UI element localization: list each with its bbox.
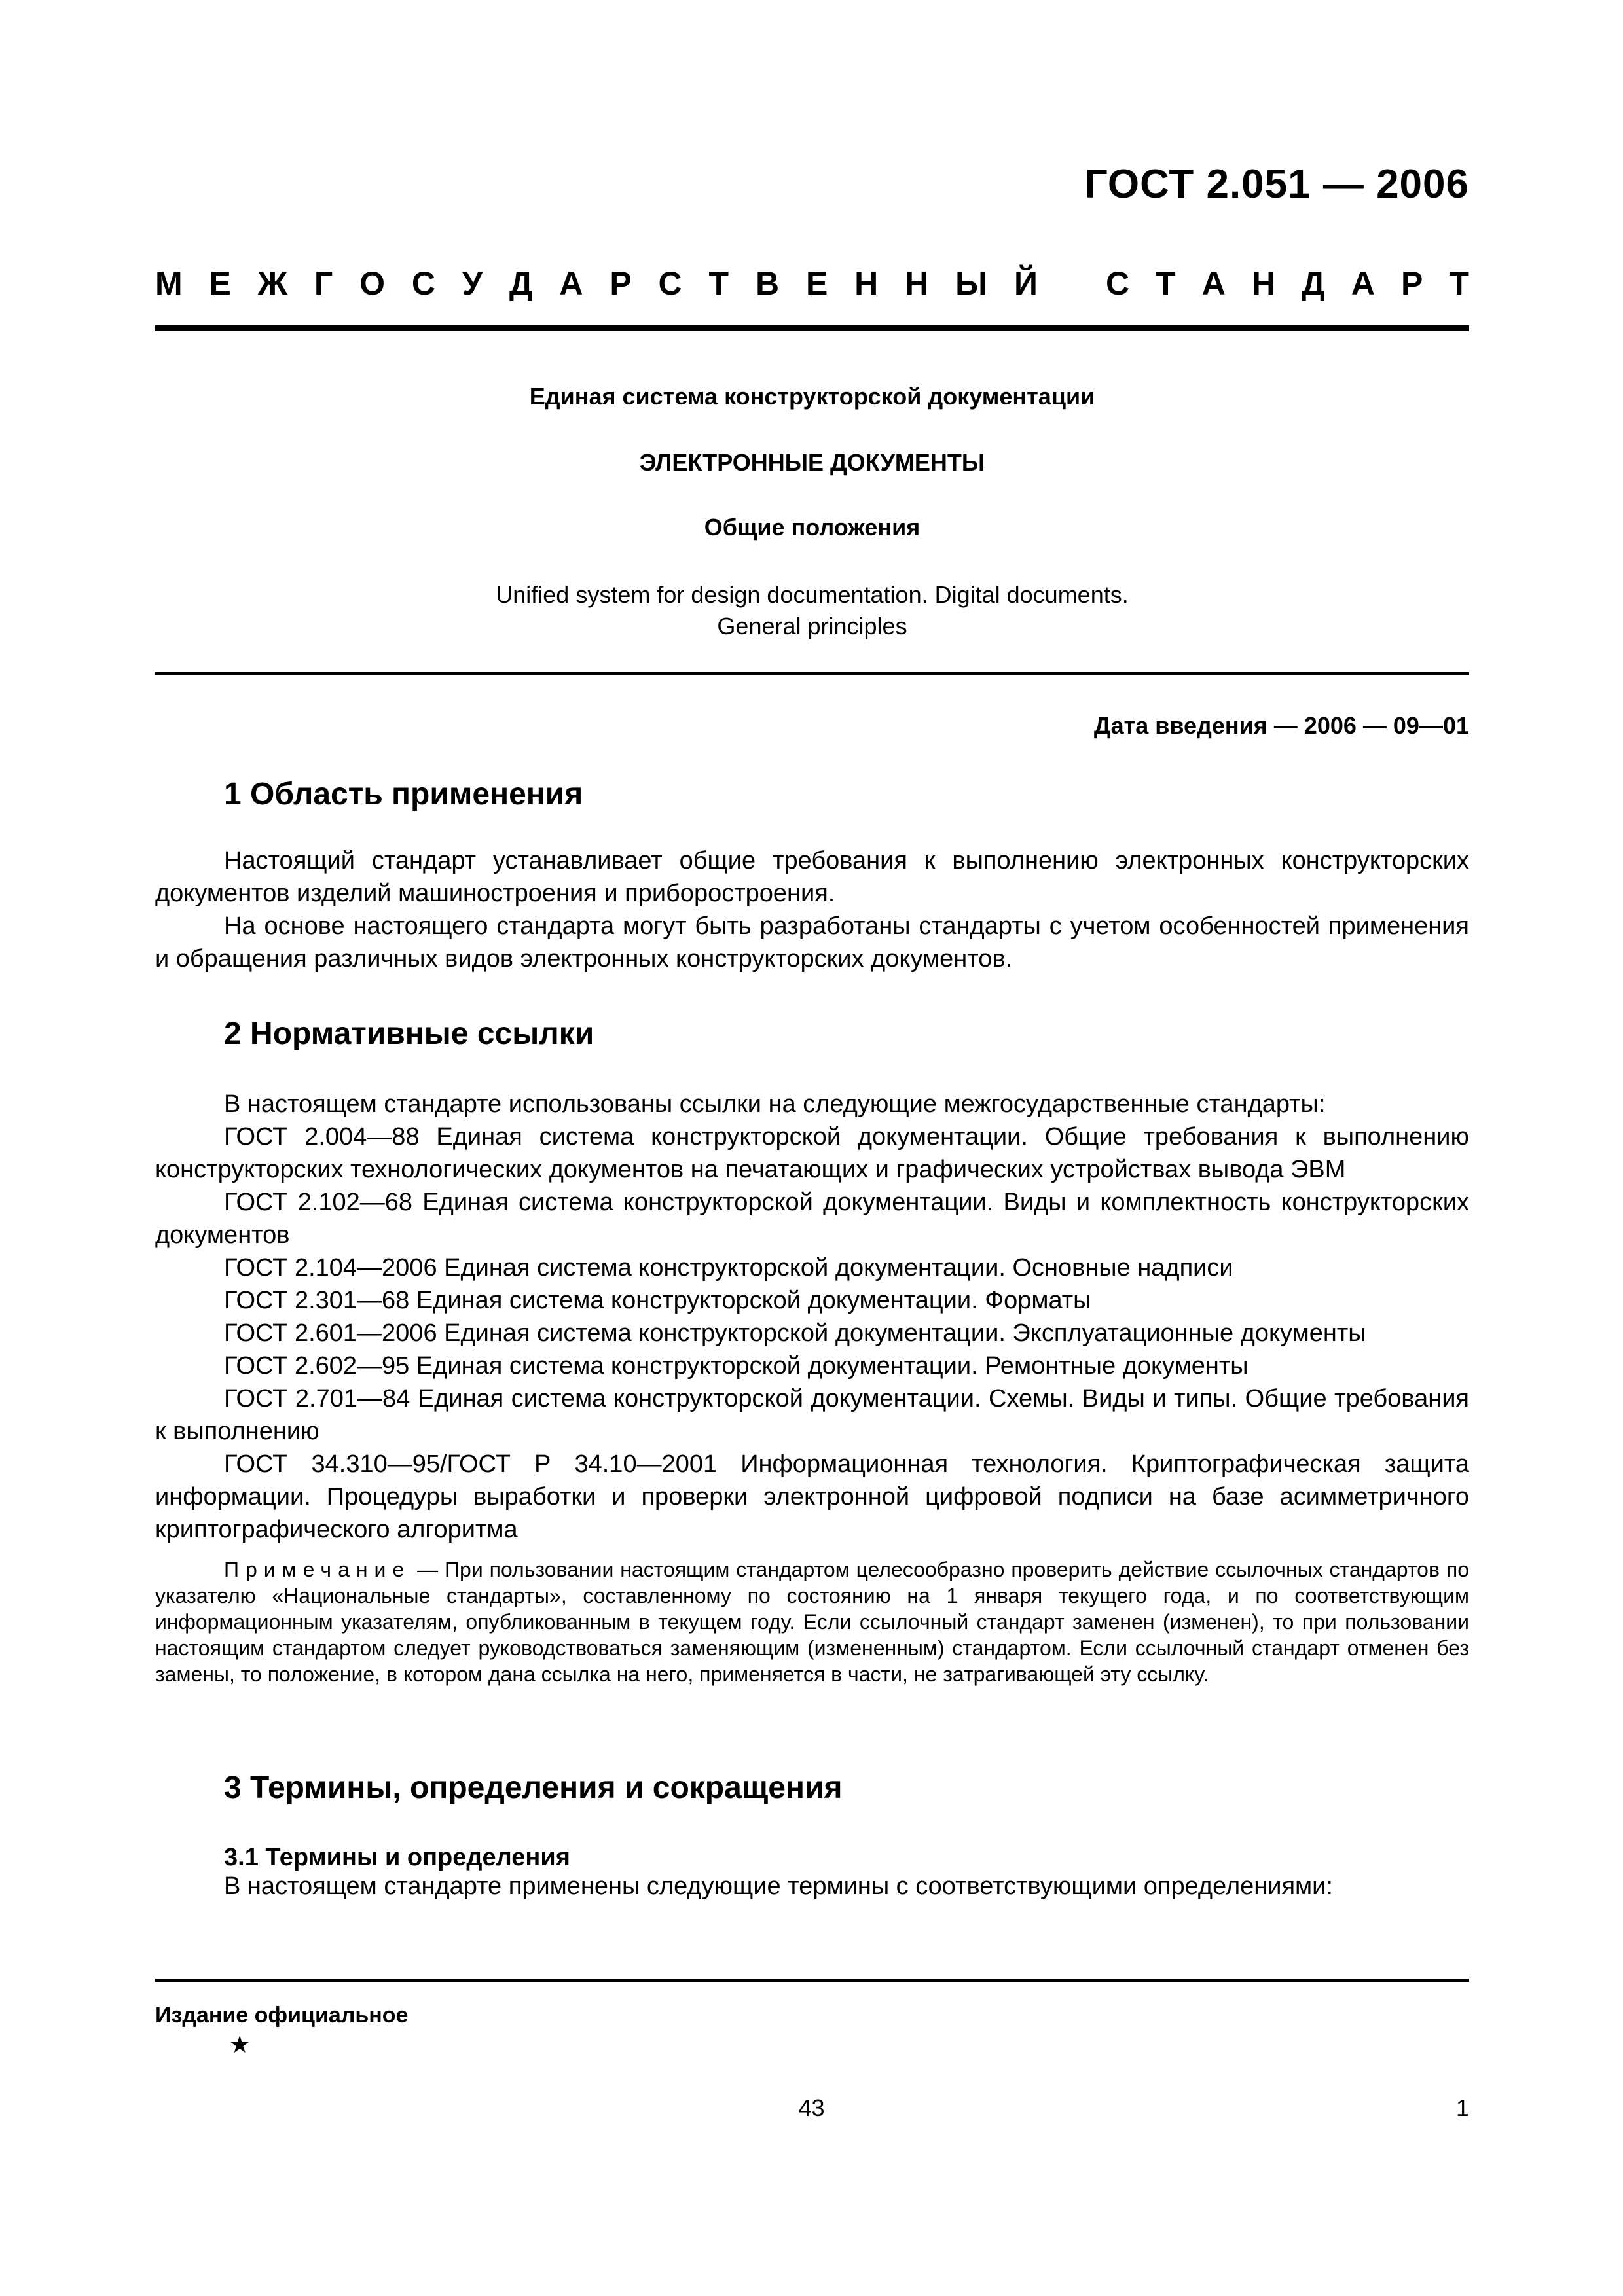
system-title: Единая система конструкторской документа… <box>155 383 1469 410</box>
banner-letter: А <box>1351 267 1375 300</box>
section-1-heading: 1 Область применения <box>224 776 583 812</box>
reference-item: ГОСТ 34.310—95/ГОСТ Р 34.10—2001 Информа… <box>155 1448 1469 1546</box>
banner-letter: Р <box>610 267 631 300</box>
reference-item: ГОСТ 2.601—2006 Единая система конструкт… <box>155 1317 1469 1350</box>
paragraph: В настоящем стандарте применены следующи… <box>155 1870 1469 1903</box>
note-paragraph: Примечание — При пользовании настоящим с… <box>155 1556 1469 1687</box>
banner-letter: Р <box>1401 267 1423 300</box>
banner-letter: Ы <box>955 267 987 300</box>
header-rule <box>155 325 1469 331</box>
section-2-heading: 2 Нормативные ссылки <box>224 1016 594 1052</box>
reference-item: ГОСТ 2.301—68 Единая система конструктор… <box>155 1284 1469 1317</box>
title-rule <box>155 672 1469 675</box>
section-3-1-body: В настоящем стандарте применены следующи… <box>155 1870 1469 1903</box>
banner-letter: М <box>155 267 183 300</box>
banner-letter: О <box>359 267 385 300</box>
banner-letter: Н <box>1252 267 1275 300</box>
paragraph: На основе настоящего стандарта могут быт… <box>155 910 1469 975</box>
english-title-line1: Unified system for design documentation.… <box>155 579 1469 611</box>
standard-banner: МЕЖГОСУДАРСТВЕННЫЙ СТАНДАРТ <box>155 267 1469 300</box>
banner-letter: У <box>462 267 483 300</box>
banner-letter: С <box>659 267 682 300</box>
banner-letter: А <box>1202 267 1226 300</box>
banner-letter: Д <box>509 267 533 300</box>
banner-letter: В <box>756 267 779 300</box>
banner-letter: Е <box>806 267 828 300</box>
banner-letter: Н <box>905 267 928 300</box>
introduction-date: Дата введения — 2006 — 09—01 <box>1094 712 1469 740</box>
star-icon: ★ <box>229 2033 250 2056</box>
banner-letter: Н <box>854 267 878 300</box>
banner-letter: Г <box>314 267 333 300</box>
paragraph: Настоящий стандарт устанавливает общие т… <box>155 844 1469 910</box>
note-label: Примечание <box>224 1558 410 1581</box>
banner-letter: С <box>412 267 435 300</box>
banner-letter: Й <box>1014 267 1038 300</box>
document-subtitle: Общие положения <box>155 514 1469 541</box>
section-3-heading: 3 Термины, определения и сокращения <box>224 1770 843 1806</box>
banner-word-standard: СТАНДАРТ <box>1106 267 1469 300</box>
banner-letter: А <box>559 267 583 300</box>
section-2-body: В настоящем стандарте использованы ссылк… <box>155 1088 1469 1546</box>
section-1-body: Настоящий стандарт устанавливает общие т… <box>155 844 1469 975</box>
reference-item: ГОСТ 2.701—84 Единая система конструктор… <box>155 1382 1469 1448</box>
reference-item: ГОСТ 2.102—68 Единая система конструктор… <box>155 1186 1469 1251</box>
page-number: 1 <box>1456 2094 1469 2122</box>
reference-item: ГОСТ 2.004—88 Единая система конструктор… <box>155 1121 1469 1186</box>
document-title: ЭЛЕКТРОННЫЕ ДОКУМЕНТЫ <box>155 449 1469 476</box>
banner-letter: Е <box>210 267 231 300</box>
paragraph: В настоящем стандарте использованы ссылк… <box>155 1088 1469 1121</box>
reference-item: ГОСТ 2.602—95 Единая система конструктор… <box>155 1350 1469 1382</box>
document-number: ГОСТ 2.051 — 2006 <box>1085 161 1469 207</box>
footer-rule <box>155 1979 1469 1982</box>
reference-item: ГОСТ 2.104—2006 Единая система конструкт… <box>155 1251 1469 1284</box>
official-edition-label: Издание официальное <box>155 2003 408 2028</box>
collection-page-number: 43 <box>0 2094 1623 2122</box>
banner-word-interstate: МЕЖГОСУДАРСТВЕННЫЙ <box>155 267 1038 300</box>
banner-letter: Т <box>1156 267 1176 300</box>
section-2-note: Примечание — При пользовании настоящим с… <box>155 1556 1469 1687</box>
banner-letter: Д <box>1302 267 1325 300</box>
english-title: Unified system for design documentation.… <box>155 579 1469 642</box>
section-3-1-heading: 3.1 Термины и определения <box>224 1844 570 1872</box>
english-title-line2: General principles <box>155 611 1469 642</box>
banner-letter: Ж <box>258 267 287 300</box>
banner-letter: Т <box>709 267 729 300</box>
banner-letter: С <box>1106 267 1129 300</box>
banner-letter: Т <box>1449 267 1469 300</box>
